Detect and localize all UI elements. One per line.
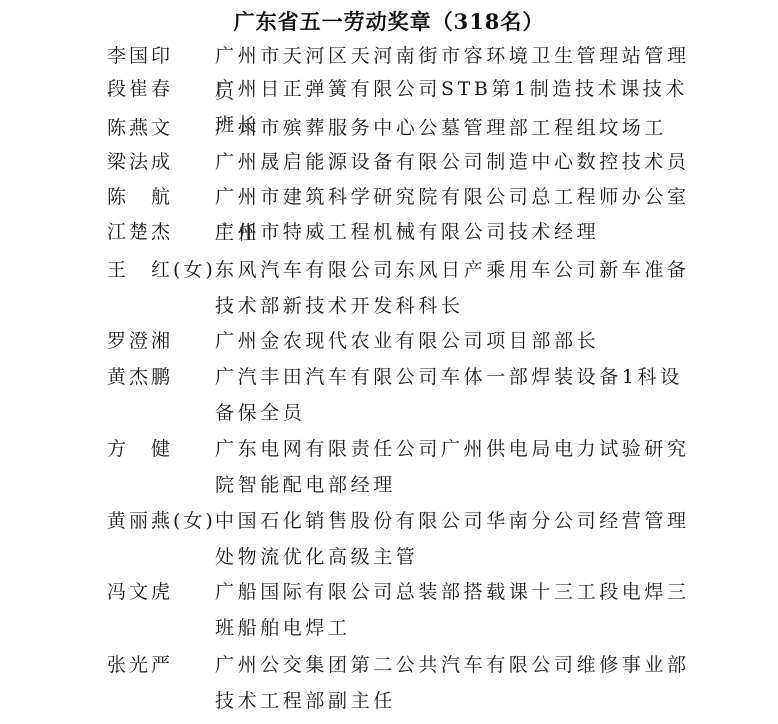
awardee-name: 江楚杰: [107, 220, 215, 244]
document-title: 广东省五一劳动奖章（318名）: [0, 6, 778, 36]
awardee-name: 梁法成: [107, 150, 215, 174]
awardee-detail: 东风汽车有限公司东风日产乘用车公司新车准备技术部新技术开发科科长: [215, 252, 695, 324]
awardee-name: 陈燕文: [107, 116, 215, 140]
awardee-detail: 广州金农现代农业有限公司项目部部长: [215, 323, 695, 359]
awardee-detail: 广船国际有限公司总装部搭载课十三工段电焊三班船舶电焊工: [215, 574, 695, 646]
awardee-name: 冯文虎: [107, 580, 215, 604]
awardee-name: 李国印: [107, 44, 215, 68]
awardee-name: 黄杰鹏: [107, 365, 215, 389]
awardee-name: 方 健: [107, 437, 215, 461]
awardee-name: 王 红(女): [107, 258, 215, 282]
awardee-name: 陈 航: [107, 185, 215, 209]
awardee-name: 段崔春: [107, 77, 215, 101]
awardee-name: 黄丽燕(女): [107, 509, 215, 533]
awardee-name: 罗澄湘: [107, 329, 215, 353]
awardee-detail: 中国石化销售股份有限公司华南分公司经营管理处物流优化高级主管: [215, 503, 695, 575]
awardee-detail: 广东电网有限责任公司广州供电局电力试验研究院智能配电部经理: [215, 431, 695, 503]
awardee-detail: 广州晟启能源设备有限公司制造中心数控技术员: [215, 144, 695, 180]
awardee-detail: 广州公交集团第二公共汽车有限公司维修事业部技术工程部副主任: [215, 647, 695, 719]
awardee-detail: 广州市特威工程机械有限公司技术经理: [215, 214, 695, 250]
awardee-name: 张光严: [107, 653, 215, 677]
awardee-detail: 广州市殡葬服务中心公墓管理部工程组坟场工: [215, 110, 695, 146]
awardee-detail: 广汽丰田汽车有限公司车体一部焊装设备1科设备保全员: [215, 359, 695, 431]
